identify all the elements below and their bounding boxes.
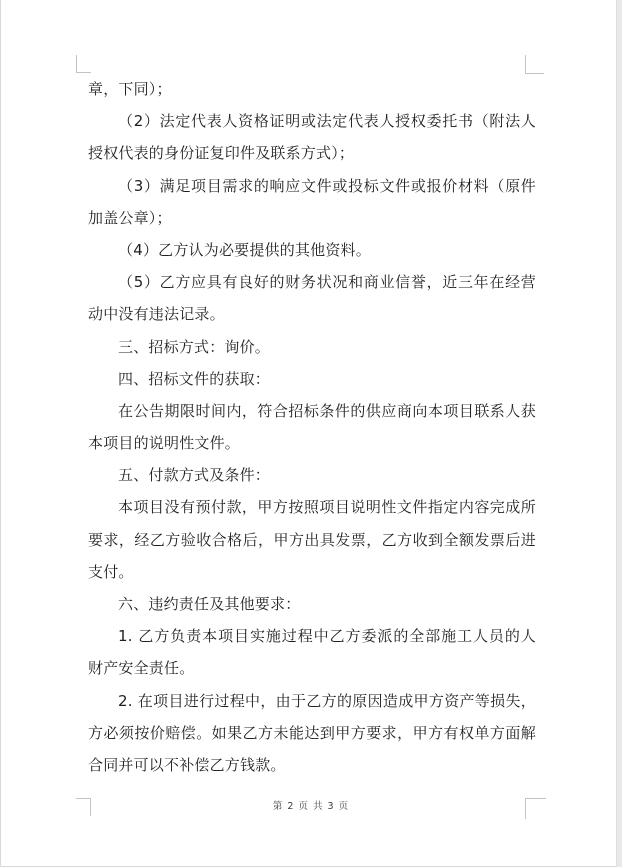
- page-edge-right: [616, 0, 622, 867]
- document-page: 章，下同）； （2）法定代表人资格证明或法定代表人授权委托书（附法人或 授权代表…: [0, 0, 622, 867]
- text-line: 授权代表的身份证复印件及联系方式）；: [88, 137, 536, 169]
- page-number-footer: 第 2 页 共 3 页: [0, 798, 622, 812]
- text-line: 本项目的说明性文件。: [88, 427, 536, 459]
- margin-crop-mark-top-left: [76, 55, 91, 73]
- text-line: 六、违约责任及其他要求：: [88, 588, 536, 620]
- document-body: 章，下同）； （2）法定代表人资格证明或法定代表人授权委托书（附法人或 授权代表…: [88, 73, 536, 781]
- text-line: 合同并可以不补偿乙方钱款。: [88, 749, 536, 781]
- text-line: （3）满足项目需求的响应文件或投标文件或报价材料（原件并: [88, 170, 536, 202]
- text-line: 本项目没有预付款，甲方按照项目说明性文件指定内容完成所有: [88, 491, 536, 523]
- text-line: 加盖公章）；: [88, 202, 536, 234]
- text-line: （4）乙方认为必要提供的其他资料。: [88, 234, 536, 266]
- text-line: 三、招标方式：询价。: [88, 331, 536, 363]
- text-line: 章，下同）；: [88, 73, 536, 105]
- text-line: （5）乙方应具有良好的财务状况和商业信誉，近三年在经营活: [88, 266, 536, 298]
- text-line: 动中没有违法记录。: [88, 298, 536, 330]
- text-line: 方必须按价赔偿。如果乙方未能达到甲方要求，甲方有权单方面解除: [88, 717, 536, 749]
- page-edge-left: [0, 0, 1, 867]
- text-line: 四、招标文件的获取：: [88, 363, 536, 395]
- margin-crop-mark-top-right: [525, 55, 544, 74]
- text-line: 财产安全责任。: [88, 652, 536, 684]
- text-line: 要求，经乙方验收合格后，甲方出具发票，乙方收到全额发票后进行: [88, 524, 536, 556]
- text-line: （2）法定代表人资格证明或法定代表人授权委托书（附法人或: [88, 105, 536, 137]
- text-line: 五、付款方式及条件：: [88, 459, 536, 491]
- text-line: 在公告期限时间内，符合招标条件的供应商向本项目联系人获取: [88, 395, 536, 427]
- text-line: 1. 乙方负责本项目实施过程中乙方委派的全部施工人员的人身、: [88, 620, 536, 652]
- text-line: 支付。: [88, 556, 536, 588]
- text-line: 2. 在项目进行过程中，由于乙方的原因造成甲方资产等损失，乙: [88, 685, 536, 717]
